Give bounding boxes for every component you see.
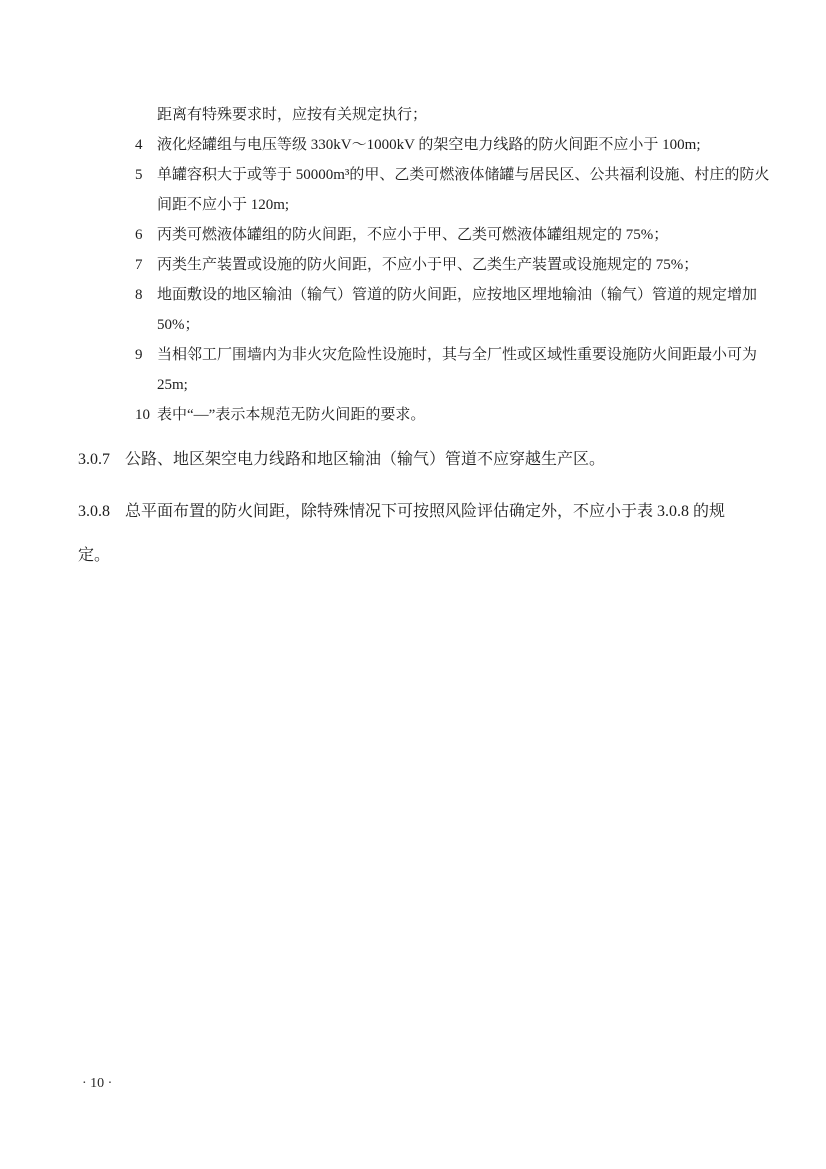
list-item-5-number: 5: [135, 160, 157, 190]
section-3-0-8: 3.0.8总平面布置的防火间距，除特殊情况下可按照风险评估确定外，不应小于表 3…: [78, 490, 756, 578]
list-item-5-text-line-2: 间距不应小于 120m;: [135, 190, 755, 220]
list-item-10: 10表中“—”表示本规范无防火间距的要求。: [135, 400, 755, 430]
list-item-9-number: 9: [135, 340, 157, 370]
section-3-0-8-number: 3.0.8: [78, 490, 110, 534]
page-content: 距离有特殊要求时，应按有关规定执行； 4液化烃罐组与电压等级 330kV～100…: [0, 100, 826, 578]
list-item-5-text-line-1: 单罐容积大于或等于 50000m³的甲、乙类可燃液体储罐与居民区、公共福利设施、…: [157, 167, 769, 183]
list-item-8: 8地面敷设的地区输油（输气）管道的防火间距，应按地区埋地输油（输气）管道的规定增…: [135, 280, 755, 310]
section-3-0-7-number: 3.0.7: [78, 438, 110, 482]
list-item-9: 9当相邻工厂围墙内为非火灾危险性设施时，其与全厂性或区域性重要设施防火间距最小可…: [135, 340, 755, 370]
document-page: 距离有特殊要求时，应按有关规定执行； 4液化烃罐组与电压等级 330kV～100…: [0, 0, 826, 1169]
section-paragraphs: 3.0.7公路、地区架空电力线路和地区输油（输气）管道不应穿越生产区。 3.0.…: [78, 438, 756, 578]
list-item-6-number: 6: [135, 220, 157, 250]
list-item-4: 4液化烃罐组与电压等级 330kV～1000kV 的架空电力线路的防火间距不应小…: [135, 130, 755, 160]
list-item-10-text: 表中“—”表示本规范无防火间距的要求。: [157, 407, 425, 423]
list-item-4-number: 4: [135, 130, 157, 160]
list-item-8-text-line-1: 地面敷设的地区输油（输气）管道的防火间距，应按地区埋地输油（输气）管道的规定增加: [157, 287, 757, 303]
list-item-7-number: 7: [135, 250, 157, 280]
list-item-6-text: 丙类可燃液体罐组的防火间距，不应小于甲、乙类可燃液体罐组规定的 75%；: [157, 227, 668, 243]
numbered-clause-list: 距离有特殊要求时，应按有关规定执行； 4液化烃罐组与电压等级 330kV～100…: [135, 100, 755, 430]
section-3-0-8-text-line-2: 定。: [78, 534, 756, 578]
list-item-7: 7丙类生产装置或设施的防火间距，不应小于甲、乙类生产装置或设施规定的 75%；: [135, 250, 755, 280]
list-item-9-text-line-2: 25m;: [135, 370, 755, 400]
page-number: · 10 ·: [82, 1074, 112, 1094]
list-item-9-text-line-1: 当相邻工厂围墙内为非火灾危险性设施时，其与全厂性或区域性重要设施防火间距最小可为: [157, 347, 757, 363]
list-item-4-text: 液化烃罐组与电压等级 330kV～1000kV 的架空电力线路的防火间距不应小于…: [157, 137, 700, 153]
section-3-0-7: 3.0.7公路、地区架空电力线路和地区输油（输气）管道不应穿越生产区。: [78, 438, 756, 482]
list-item-7-text: 丙类生产装置或设施的防火间距，不应小于甲、乙类生产装置或设施规定的 75%；: [157, 257, 698, 273]
list-item-10-number: 10: [135, 400, 157, 430]
section-3-0-7-line-1: 3.0.7公路、地区架空电力线路和地区输油（输气）管道不应穿越生产区。: [78, 438, 756, 482]
clause-3-continuation-line: 距离有特殊要求时，应按有关规定执行；: [135, 100, 755, 130]
section-3-0-7-text: 公路、地区架空电力线路和地区输油（输气）管道不应穿越生产区。: [125, 451, 605, 468]
list-item-5: 5单罐容积大于或等于 50000m³的甲、乙类可燃液体储罐与居民区、公共福利设施…: [135, 160, 755, 190]
list-item-8-number: 8: [135, 280, 157, 310]
section-3-0-8-text-line-1: 总平面布置的防火间距，除特殊情况下可按照风险评估确定外，不应小于表 3.0.8 …: [125, 503, 725, 520]
list-item-6: 6丙类可燃液体罐组的防火间距，不应小于甲、乙类可燃液体罐组规定的 75%；: [135, 220, 755, 250]
list-item-8-text-line-2: 50%；: [135, 310, 755, 340]
section-3-0-8-line-1: 3.0.8总平面布置的防火间距，除特殊情况下可按照风险评估确定外，不应小于表 3…: [78, 490, 756, 534]
